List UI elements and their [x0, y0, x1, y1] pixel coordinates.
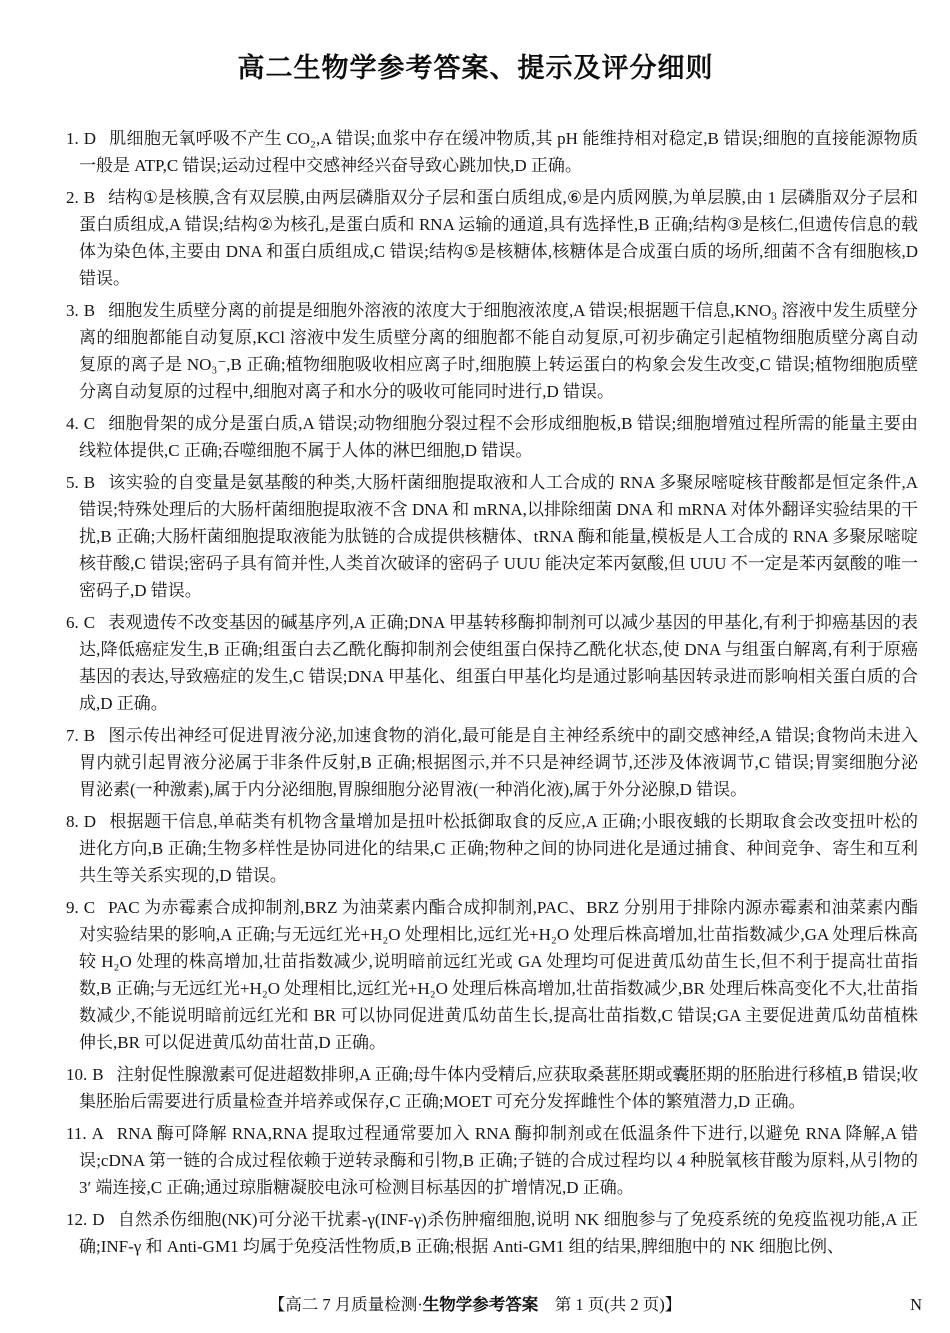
item-answer: C [84, 414, 95, 433]
footer-prefix: 【高二 7 月质量检测· [269, 1295, 423, 1314]
item-number: 1. [66, 129, 79, 148]
item-number: 4. [66, 414, 79, 433]
item-explanation: 该实验的自变量是氨基酸的种类,大肠杆菌细胞提取液和人工合成的 RNA 多聚尿嘧啶… [79, 473, 918, 600]
item-explanation: 表观遗传不改变基因的碱基序列,A 正确;DNA 甲基转移酶抑制剂可以减少基因的甲… [79, 613, 918, 713]
item-explanation: 结构①是核膜,含有双层膜,由两层磷脂双分子层和蛋白质组成,⑥是内质网膜,为单层膜… [79, 188, 918, 288]
item-answer: B [84, 188, 95, 207]
item-explanation: 细胞骨架的成分是蛋白质,A 错误;动物细胞分裂过程不会形成细胞板,B 错误;细胞… [79, 414, 918, 460]
page-title: 高二生物学参考答案、提示及评分细则 [33, 46, 918, 85]
item-number: 2. [66, 188, 79, 207]
answer-item-10: 10.B注射促性腺激素可促进超数排卵,A 正确;母牛体内受精后,应获取桑葚胚期或… [33, 1061, 918, 1115]
item-answer: C [84, 898, 95, 917]
item-explanation: 根据题干信息,单萜类有机物含量增加是扭叶松抵御取食的反应,A 正确;小眼夜蛾的长… [79, 812, 918, 885]
answer-list: 1.D肌细胞无氧呼吸不产生 CO₂,A 错误;血浆中存在缓冲物质,其 pH 能维… [33, 125, 918, 1260]
item-number: 3. [66, 301, 79, 320]
item-answer: D [84, 812, 96, 831]
item-answer: C [84, 613, 95, 632]
answer-item-11: 11.ARNA 酶可降解 RNA,RNA 提取过程通常要加入 RNA 酶抑制剂或… [33, 1120, 918, 1201]
footer-caption: 【高二 7 月质量检测·生物学参考答案 第 1 页(共 2 页)】 [269, 1295, 682, 1314]
item-number: 10. [66, 1065, 87, 1084]
answer-item-1: 1.D肌细胞无氧呼吸不产生 CO₂,A 错误;血浆中存在缓冲物质,其 pH 能维… [33, 125, 918, 179]
item-number: 5. [66, 473, 79, 492]
item-answer: B [84, 473, 95, 492]
answer-item-7: 7.B图示传出神经可促进胃液分泌,加速食物的消化,最可能是自主神经系统中的副交感… [33, 722, 918, 803]
item-number: 7. [66, 726, 79, 745]
item-answer: B [84, 726, 95, 745]
item-explanation: 肌细胞无氧呼吸不产生 CO₂,A 错误;血浆中存在缓冲物质,其 pH 能维持相对… [79, 129, 918, 175]
answer-item-6: 6.C表观遗传不改变基因的碱基序列,A 正确;DNA 甲基转移酶抑制剂可以减少基… [33, 609, 918, 717]
item-explanation: 图示传出神经可促进胃液分泌,加速食物的消化,最可能是自主神经系统中的副交感神经,… [79, 726, 918, 799]
item-explanation: PAC 为赤霉素合成抑制剂,BRZ 为油菜素内酯合成抑制剂,PAC、BRZ 分别… [79, 898, 918, 1052]
answer-item-2: 2.B结构①是核膜,含有双层膜,由两层磷脂双分子层和蛋白质组成,⑥是内质网膜,为… [33, 184, 918, 292]
item-answer: D [84, 129, 96, 148]
item-number: 12. [66, 1210, 87, 1229]
footer-version-mark: N [910, 1292, 922, 1318]
item-number: 11. [66, 1124, 87, 1143]
footer-page-info: 第 1 页(共 2 页)】 [538, 1295, 681, 1314]
page-footer: 【高二 7 月质量检测·生物学参考答案 第 1 页(共 2 页)】 N [0, 1292, 950, 1318]
item-answer: B [84, 301, 95, 320]
answer-item-4: 4.C细胞骨架的成分是蛋白质,A 错误;动物细胞分裂过程不会形成细胞板,B 错误… [33, 410, 918, 464]
answer-item-8: 8.D根据题干信息,单萜类有机物含量增加是扭叶松抵御取食的反应,A 正确;小眼夜… [33, 808, 918, 889]
footer-doc-title: 生物学参考答案 [423, 1296, 539, 1314]
item-explanation: RNA 酶可降解 RNA,RNA 提取过程通常要加入 RNA 酶抑制剂或在低温条… [79, 1124, 918, 1197]
answer-item-3: 3.B细胞发生质壁分离的前提是细胞外溶液的浓度大于细胞液浓度,A 错误;根据题干… [33, 297, 918, 405]
item-number: 9. [66, 898, 79, 917]
answer-key-page: 高二生物学参考答案、提示及评分细则 1.D肌细胞无氧呼吸不产生 CO₂,A 错误… [0, 0, 950, 1333]
item-number: 8. [66, 812, 79, 831]
item-number: 6. [66, 613, 79, 632]
answer-item-12: 12.D自然杀伤细胞(NK)可分泌干扰素-γ(INF-γ)杀伤肿瘤细胞,说明 N… [33, 1206, 918, 1260]
item-answer: D [92, 1210, 104, 1229]
item-answer: B [92, 1065, 103, 1084]
item-explanation: 细胞发生质壁分离的前提是细胞外溶液的浓度大于细胞液浓度,A 错误;根据题干信息,… [79, 301, 918, 401]
answer-item-5: 5.B该实验的自变量是氨基酸的种类,大肠杆菌细胞提取液和人工合成的 RNA 多聚… [33, 469, 918, 604]
answer-item-9: 9.CPAC 为赤霉素合成抑制剂,BRZ 为油菜素内酯合成抑制剂,PAC、BRZ… [33, 894, 918, 1056]
item-explanation: 自然杀伤细胞(NK)可分泌干扰素-γ(INF-γ)杀伤肿瘤细胞,说明 NK 细胞… [79, 1210, 918, 1256]
item-explanation: 注射促性腺激素可促进超数排卵,A 正确;母牛体内受精后,应获取桑葚胚期或囊胚期的… [79, 1065, 918, 1111]
item-answer: A [92, 1124, 104, 1143]
